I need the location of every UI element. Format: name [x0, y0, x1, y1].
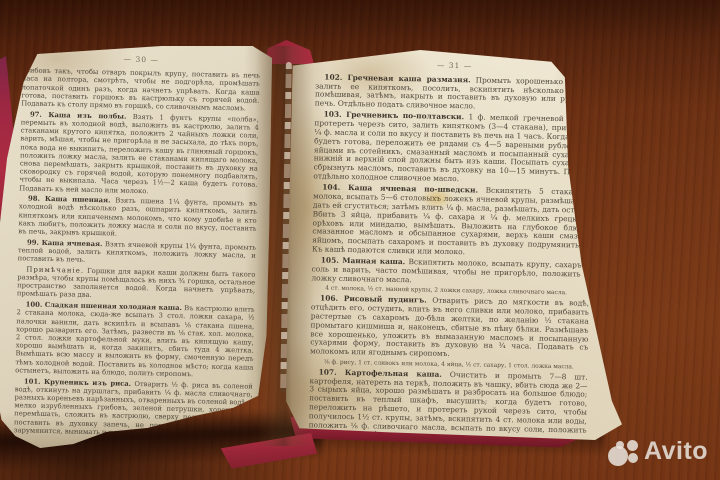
table-surface: — 30 — грибовъ такъ, чтобы отваръ покрыл…: [0, 0, 720, 480]
paragraph-text: грибовъ такъ, чтобы отваръ покрылъ крупу…: [21, 67, 260, 113]
page-number: — 30 —: [22, 53, 260, 67]
recipe-text: Очистить и промыть 7—8 шт. картофеля, на…: [308, 370, 587, 440]
avito-logo-icon: [602, 432, 642, 468]
right-page: — 31 — 102. Гречневая каша размазня. Про…: [286, 50, 622, 440]
recipe-paragraph: 99. Каша ячневая. Взять ячневой крупы 1¼…: [18, 238, 256, 268]
recipe-paragraph: 97. Каша изъ полбы. Взять 1 фунтъ крупы …: [19, 110, 259, 197]
recipe-text: Вскипятить 5 стакановъ молока, всыпать 5…: [312, 186, 591, 256]
recipe-paragraph: 104. Каша ячневая по-шведски. Вскипятить…: [312, 184, 591, 260]
recipe-paragraph: 98. Каша пшенная. Взять пшена 1¼ фунта, …: [18, 195, 257, 241]
right-page-text: — 31 — 102. Гречневая каша размазня. Про…: [308, 59, 593, 446]
avito-wordmark: Avito: [644, 439, 708, 464]
recipe-text: Взять 1 фунтъ крупы «полба», перемыть въ…: [19, 113, 259, 195]
recipe-text: 1 ф. мелкой гречневой крупы протереть че…: [313, 113, 592, 183]
recipe-paragraph: 105. Манная каша. Вскипятить молоко, всы…: [311, 257, 589, 289]
avito-watermark: Avito: [602, 432, 717, 474]
recipe-paragraph: 102. Гречневая каша размазня. Промыть хо…: [315, 73, 594, 114]
recipe-text: Отварить рисъ до мягкости въ водѣ, отцѣд…: [310, 296, 589, 358]
text-paragraph: грибовъ такъ, чтобы отваръ покрылъ крупу…: [21, 67, 260, 113]
recipe-paragraph: 103. Гречневикъ по-полтавски. 1 ф. мелко…: [313, 111, 592, 187]
left-page-text: — 30 — грибовъ такъ, чтобы отваръ покрыл…: [14, 53, 261, 442]
page-number: — 31 —: [316, 59, 594, 73]
left-page: — 30 — грибовъ такъ, чтобы отваръ покрыл…: [0, 46, 272, 448]
note-paragraph: Примѣчаніе. Горшки для варки каши должны…: [17, 265, 256, 303]
recipe-text: Взять пшена 1¼ фунта, промыть въ холодно…: [18, 197, 257, 238]
recipe-paragraph: 100. Сладкая пшенная холодная каша. Въ к…: [15, 300, 255, 379]
recipe-text: Въ кастрюлю влить 2 стакана молока, сюда…: [15, 304, 255, 378]
recipe-paragraph: 106. Рисовый пудингъ. Отварить рисъ до м…: [310, 295, 589, 362]
